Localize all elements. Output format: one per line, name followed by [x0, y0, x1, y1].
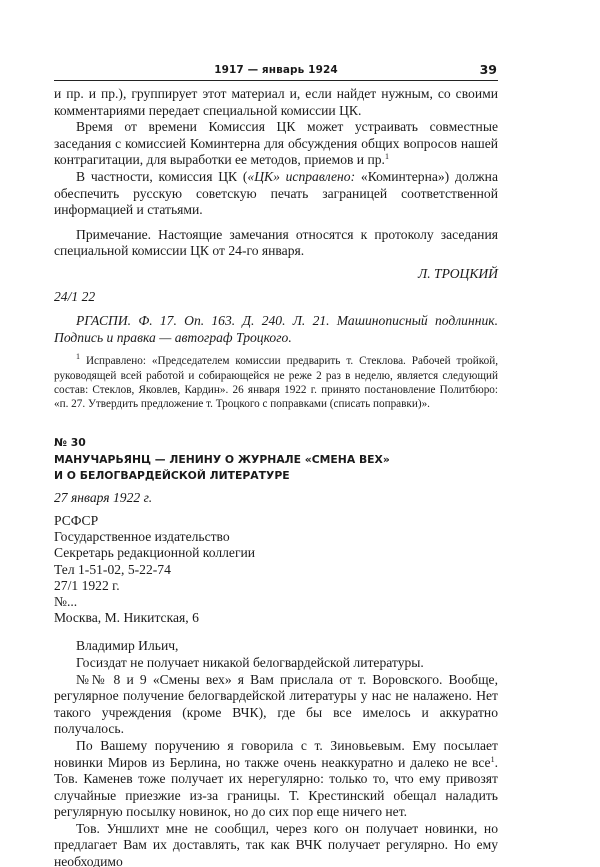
letterhead-line: 27/1 1922 г. — [54, 578, 120, 593]
letterhead-line: Государственное издательство — [54, 529, 230, 544]
running-head-title: 1917 — январь 1924 — [54, 64, 498, 76]
page-number: 39 — [480, 62, 497, 77]
paragraph-joint-sessions: Время от времени Комиссия ЦК может устра… — [54, 119, 498, 169]
note-paragraph: Примечание. Настоящие замечания относятс… — [54, 227, 498, 260]
paragraph-press-abroad: В частности, комиссия ЦК («ЦК» исправлен… — [54, 169, 498, 219]
page-body: и пр. и пр.), группирует этот материал и… — [54, 86, 498, 867]
document-heading: № 30 МАНУЧАРЬЯНЦ — ЛЕНИНУ О ЖУРНАЛЕ «СМЕ… — [54, 435, 498, 484]
footnote-text: Исправлено: «Председателем комиссии пред… — [54, 355, 498, 410]
document-title-line-1: МАНУЧАРЬЯНЦ — ЛЕНИНУ О ЖУРНАЛЕ «СМЕНА ВЕ… — [54, 453, 390, 466]
editorial-correction: «ЦК» исправлено: — [247, 169, 355, 184]
letterhead-line: Тел 1-51-02, 5-22-74 — [54, 562, 171, 577]
letter-paragraph: По Вашему поручению я говорила с т. Зино… — [54, 738, 498, 821]
paragraph-text: По Вашему поручению я говорила с т. Зино… — [54, 738, 498, 770]
archive-reference: РГАСПИ. Ф. 17. Оп. 163. Д. 240. Л. 21. М… — [54, 313, 498, 346]
signature: Л. ТРОЦКИЙ — [54, 266, 498, 283]
paragraph-text: В частности, комиссия ЦК ( — [76, 169, 247, 184]
document-number: № 30 — [54, 436, 86, 449]
letter-paragraph: Тов. Уншлихт мне не сообщил, через кого … — [54, 821, 498, 867]
letterhead-line: Секретарь редакционной коллегии — [54, 545, 255, 560]
document-date: 24/1 22 — [54, 289, 498, 306]
letterhead-line: Москва, М. Никитская, 6 — [54, 610, 199, 625]
paragraph-continuation: и пр. и пр.), группирует этот материал и… — [54, 86, 498, 119]
footnote-ref: 1 — [385, 152, 389, 161]
letter-paragraph: Госиздат не получает никакой белогвардей… — [54, 655, 498, 672]
salutation: Владимир Ильич, — [54, 638, 498, 655]
letterhead-line: №... — [54, 594, 77, 609]
footnote: 1 Исправлено: «Председателем комиссии пр… — [54, 354, 498, 411]
letterhead: РСФСР Государственное издательство Секре… — [54, 513, 498, 626]
paragraph-text: Время от времени Комиссия ЦК может устра… — [54, 119, 498, 167]
running-head: 1917 — январь 1924 39 — [54, 60, 498, 81]
document-title-line-2: И О БЕЛОГВАРДЕЙСКОЙ ЛИТЕРАТУРЕ — [54, 469, 290, 482]
document-date: 27 января 1922 г. — [54, 490, 498, 507]
letter-paragraph: №№ 8 и 9 «Смены вех» я Вам прислала от т… — [54, 672, 498, 738]
letterhead-line: РСФСР — [54, 513, 98, 528]
